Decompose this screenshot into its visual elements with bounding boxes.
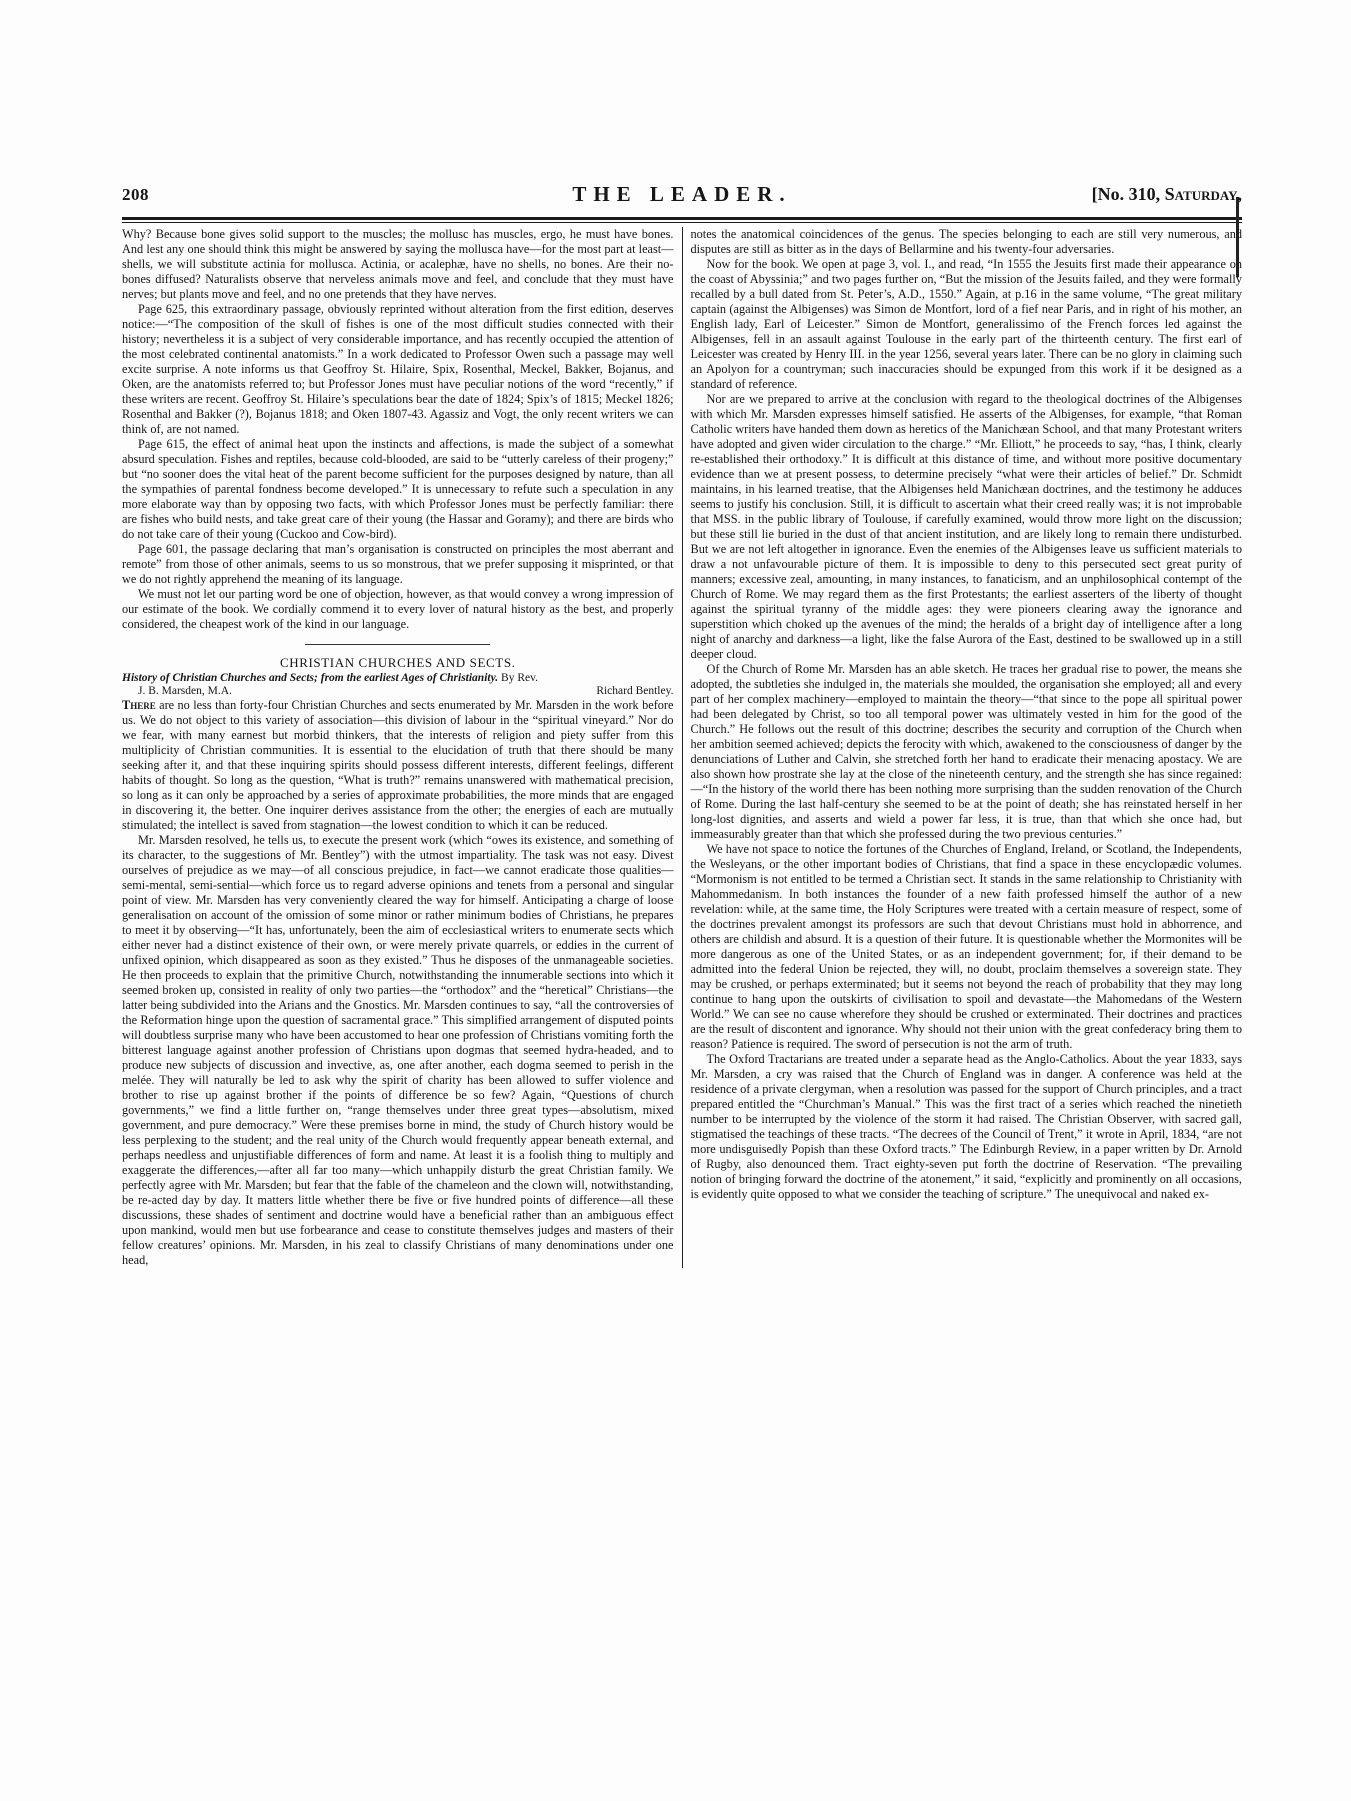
paper-title: THE LEADER. [122,182,1242,207]
masthead-rule-thin [122,222,1242,223]
section-divider [305,644,490,645]
masthead: 208 THE LEADER. [No. 310, Saturday, [122,185,1242,215]
issue-day: Saturday, [1165,184,1242,204]
paragraph: Why? Because bone gives solid support to… [122,227,674,302]
book-title: History of Christian Churches and Sects;… [122,672,498,684]
opening-word: There [122,698,156,712]
paragraph: notes the anatomical coincidences of the… [691,227,1243,257]
newspaper-page: 208 THE LEADER. [No. 310, Saturday, Why?… [122,185,1242,1268]
scan-edge-mark [1236,197,1239,277]
paragraph: Page 625, this extraordinary passage, ob… [122,302,674,437]
issue-number: [No. 310, [1092,184,1165,204]
masthead-rule-thick [122,217,1242,220]
paragraph: Mr. Marsden resolved, he tells us, to ex… [122,833,674,1268]
review-byline: J. B. Marsden, M.A.Richard Bentley. [122,685,674,698]
paragraph: Nor are we prepared to arrive at the con… [691,392,1243,662]
right-column: notes the anatomical coincidences of the… [683,227,1243,1268]
review-book-title: History of Christian Churches and Sects;… [122,672,674,685]
paragraph-text: are no less than forty-four Christian Ch… [122,698,674,832]
left-column: Why? Because bone gives solid support to… [122,227,682,1268]
publisher: Richard Bentley. [596,685,673,698]
author: J. B. Marsden, M.A. [138,685,232,697]
paragraph: Page 601, the passage declaring that man… [122,542,674,587]
paragraph: Page 615, the effect of animal heat upon… [122,437,674,542]
paragraph: We must not let our parting word be one … [122,587,674,632]
paragraph: We have not space to notice the fortunes… [691,842,1243,1052]
paragraph: Of the Church of Rome Mr. Marsden has an… [691,662,1243,842]
paragraph: Now for the book. We open at page 3, vol… [691,257,1243,392]
article-columns: Why? Because bone gives solid support to… [122,227,1242,1268]
paragraph: The Oxford Tractarians are treated under… [691,1052,1243,1202]
issue-info: [No. 310, Saturday, [1092,184,1242,205]
author-prefix: By Rev. [501,672,538,684]
section-title: CHRISTIAN CHURCHES AND SECTS. [122,655,674,670]
paragraph: There are no less than forty-four Christ… [122,698,674,833]
